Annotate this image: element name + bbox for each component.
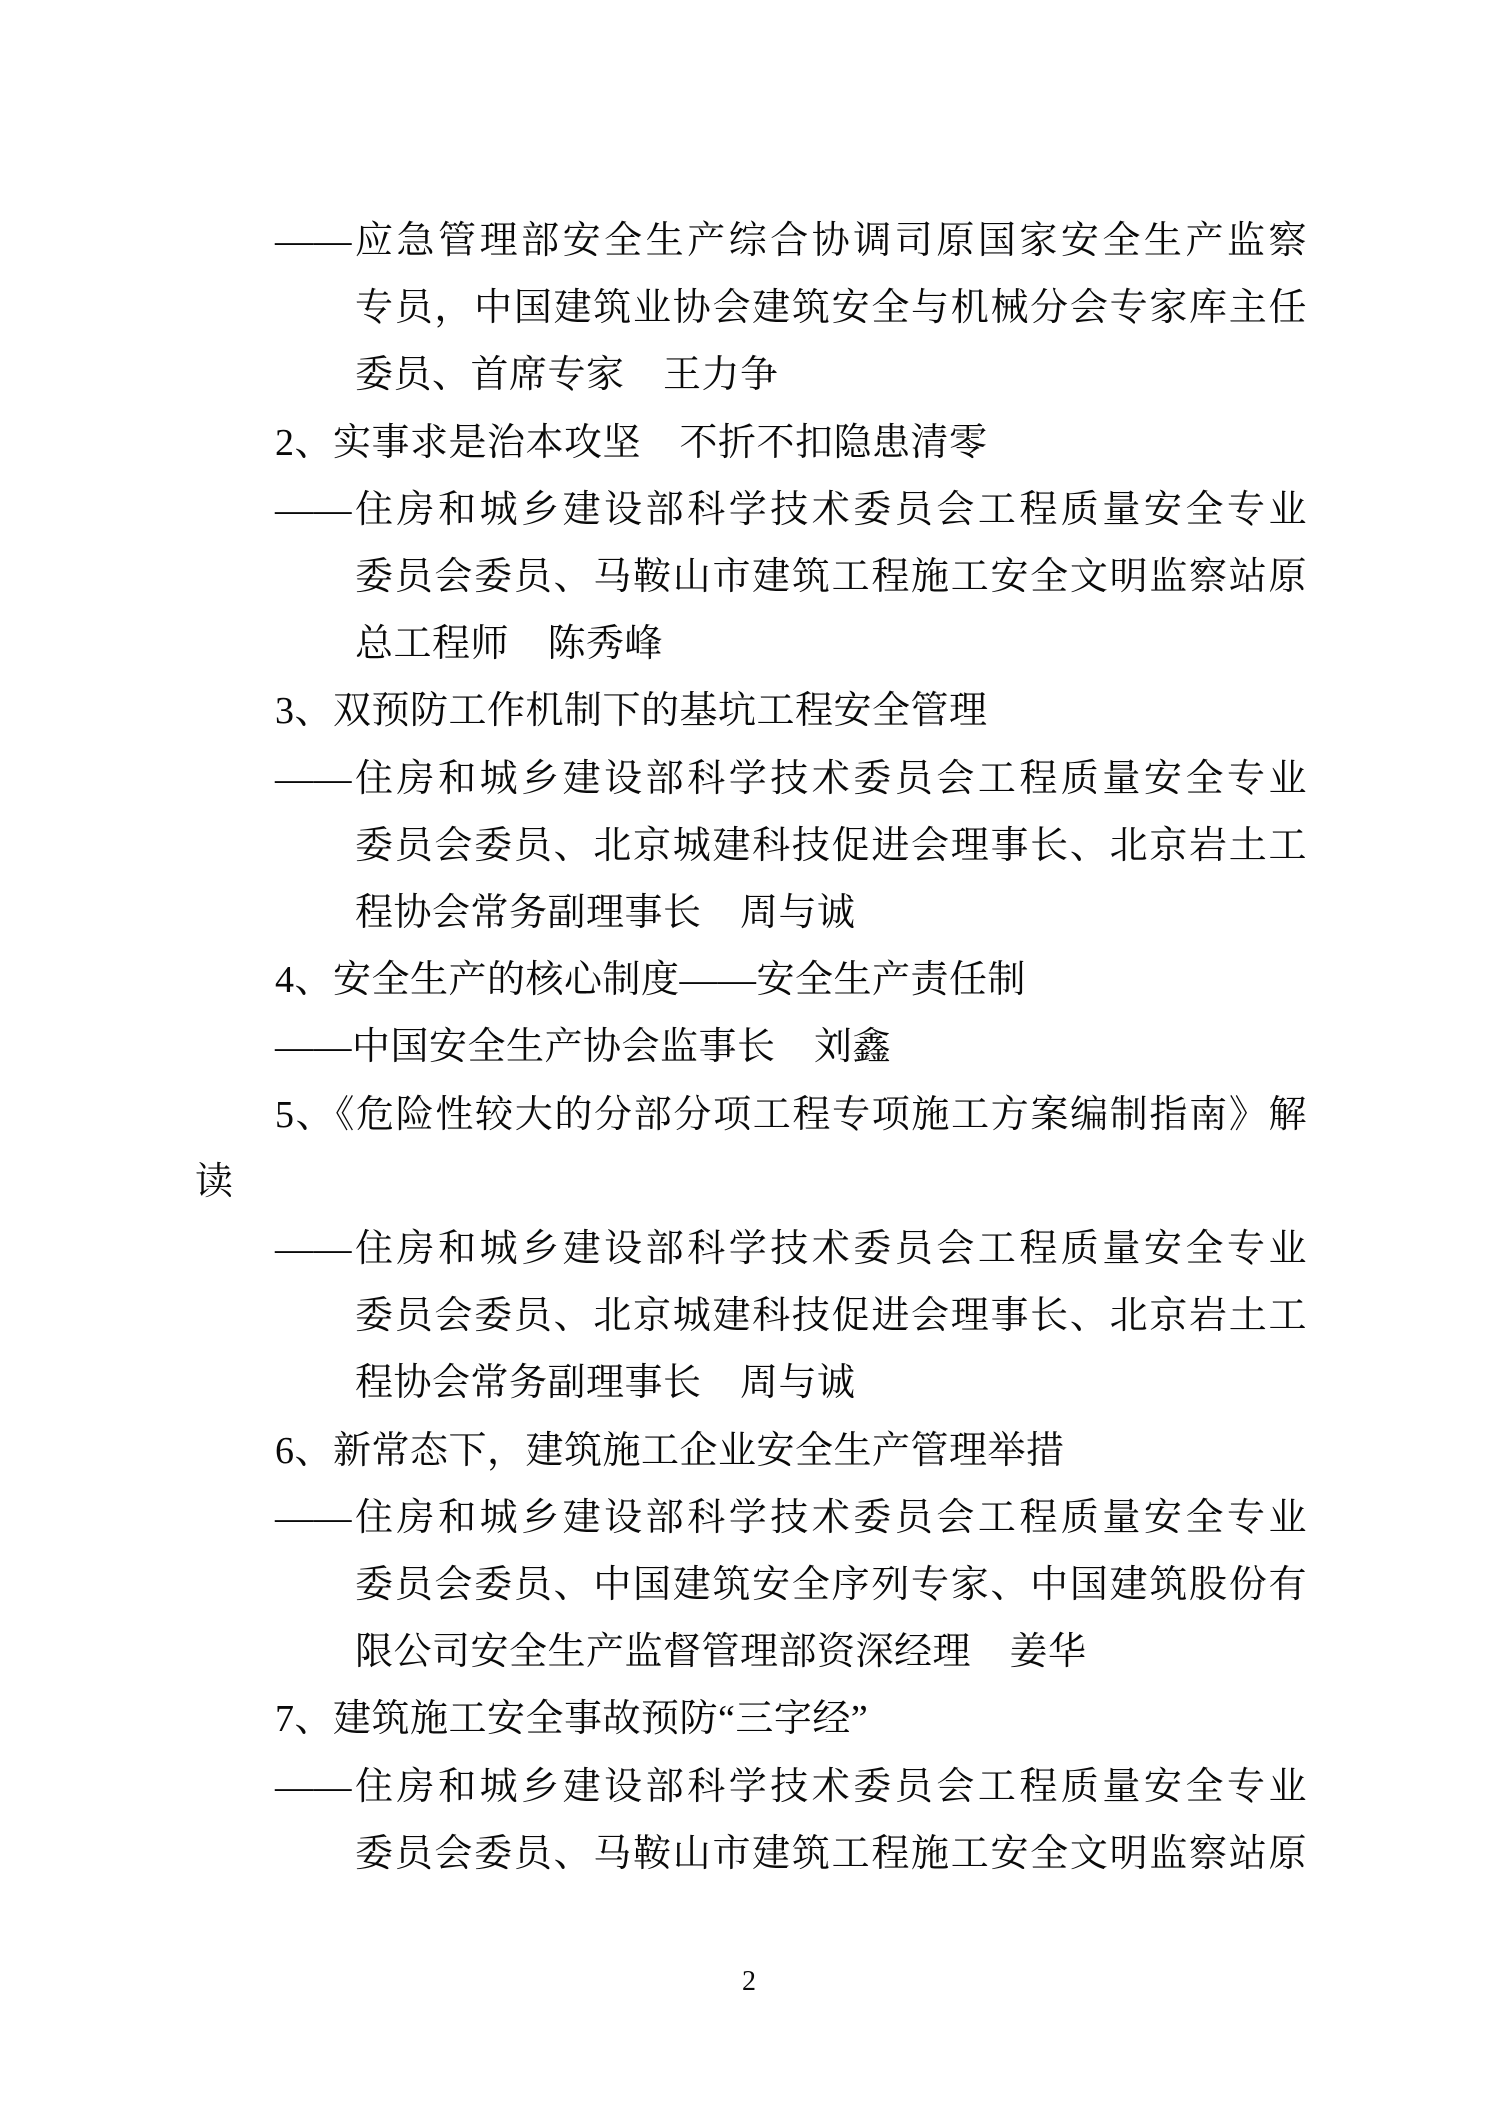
text-line: 4、安全生产的核心制度——安全生产责任制 <box>195 947 1307 1014</box>
text-line: 总工程师 陈秀峰 <box>195 611 1307 678</box>
text-line: 委员会委员、马鞍山市建筑工程施工安全文明监察站原 <box>195 1821 1307 1888</box>
text-line: 7、建筑施工安全事故预防“三字经” <box>195 1686 1307 1753</box>
text-line: 5、《危险性较大的分部分项工程专项施工方案编制指南》解 <box>195 1082 1307 1149</box>
text-line: 委员会委员、马鞍山市建筑工程施工安全文明监察站原 <box>195 544 1307 611</box>
text-line: 委员、首席专家 王力争 <box>195 342 1307 409</box>
text-line: ——住房和城乡建设部科学技术委员会工程质量安全专业 <box>195 477 1307 544</box>
text-line: 委员会委员、中国建筑安全序列专家、中国建筑股份有 <box>195 1552 1307 1619</box>
text-line: 3、双预防工作机制下的基坑工程安全管理 <box>195 678 1307 745</box>
text-line: 2、实事求是治本攻坚 不折不扣隐患清零 <box>195 410 1307 477</box>
text-line: ——住房和城乡建设部科学技术委员会工程质量安全专业 <box>195 746 1307 813</box>
text-line: ——应急管理部安全生产综合协调司原国家安全生产监察 <box>195 208 1307 275</box>
text-line: 6、新常态下，建筑施工企业安全生产管理举措 <box>195 1418 1307 1485</box>
text-line: ——住房和城乡建设部科学技术委员会工程质量安全专业 <box>195 1485 1307 1552</box>
text-line: 限公司安全生产监督管理部资深经理 姜华 <box>195 1619 1307 1686</box>
text-line: 程协会常务副理事长 周与诚 <box>195 880 1307 947</box>
document-body: ——应急管理部安全生产综合协调司原国家安全生产监察专员，中国建筑业协会建筑安全与… <box>195 208 1307 1888</box>
text-line: ——中国安全生产协会监事长 刘鑫 <box>195 1014 1307 1081</box>
text-line: ——住房和城乡建设部科学技术委员会工程质量安全专业 <box>195 1216 1307 1283</box>
text-line: 委员会委员、北京城建科技促进会理事长、北京岩土工 <box>195 1283 1307 1350</box>
document-page: ——应急管理部安全生产综合协调司原国家安全生产监察专员，中国建筑业协会建筑安全与… <box>0 0 1498 2118</box>
text-line: 程协会常务副理事长 周与诚 <box>195 1350 1307 1417</box>
text-line: 读 <box>195 1149 1307 1216</box>
text-line: 委员会委员、北京城建科技促进会理事长、北京岩土工 <box>195 813 1307 880</box>
page-number: 2 <box>0 1966 1498 1998</box>
text-line: ——住房和城乡建设部科学技术委员会工程质量安全专业 <box>195 1754 1307 1821</box>
text-line: 专员，中国建筑业协会建筑安全与机械分会专家库主任 <box>195 275 1307 342</box>
